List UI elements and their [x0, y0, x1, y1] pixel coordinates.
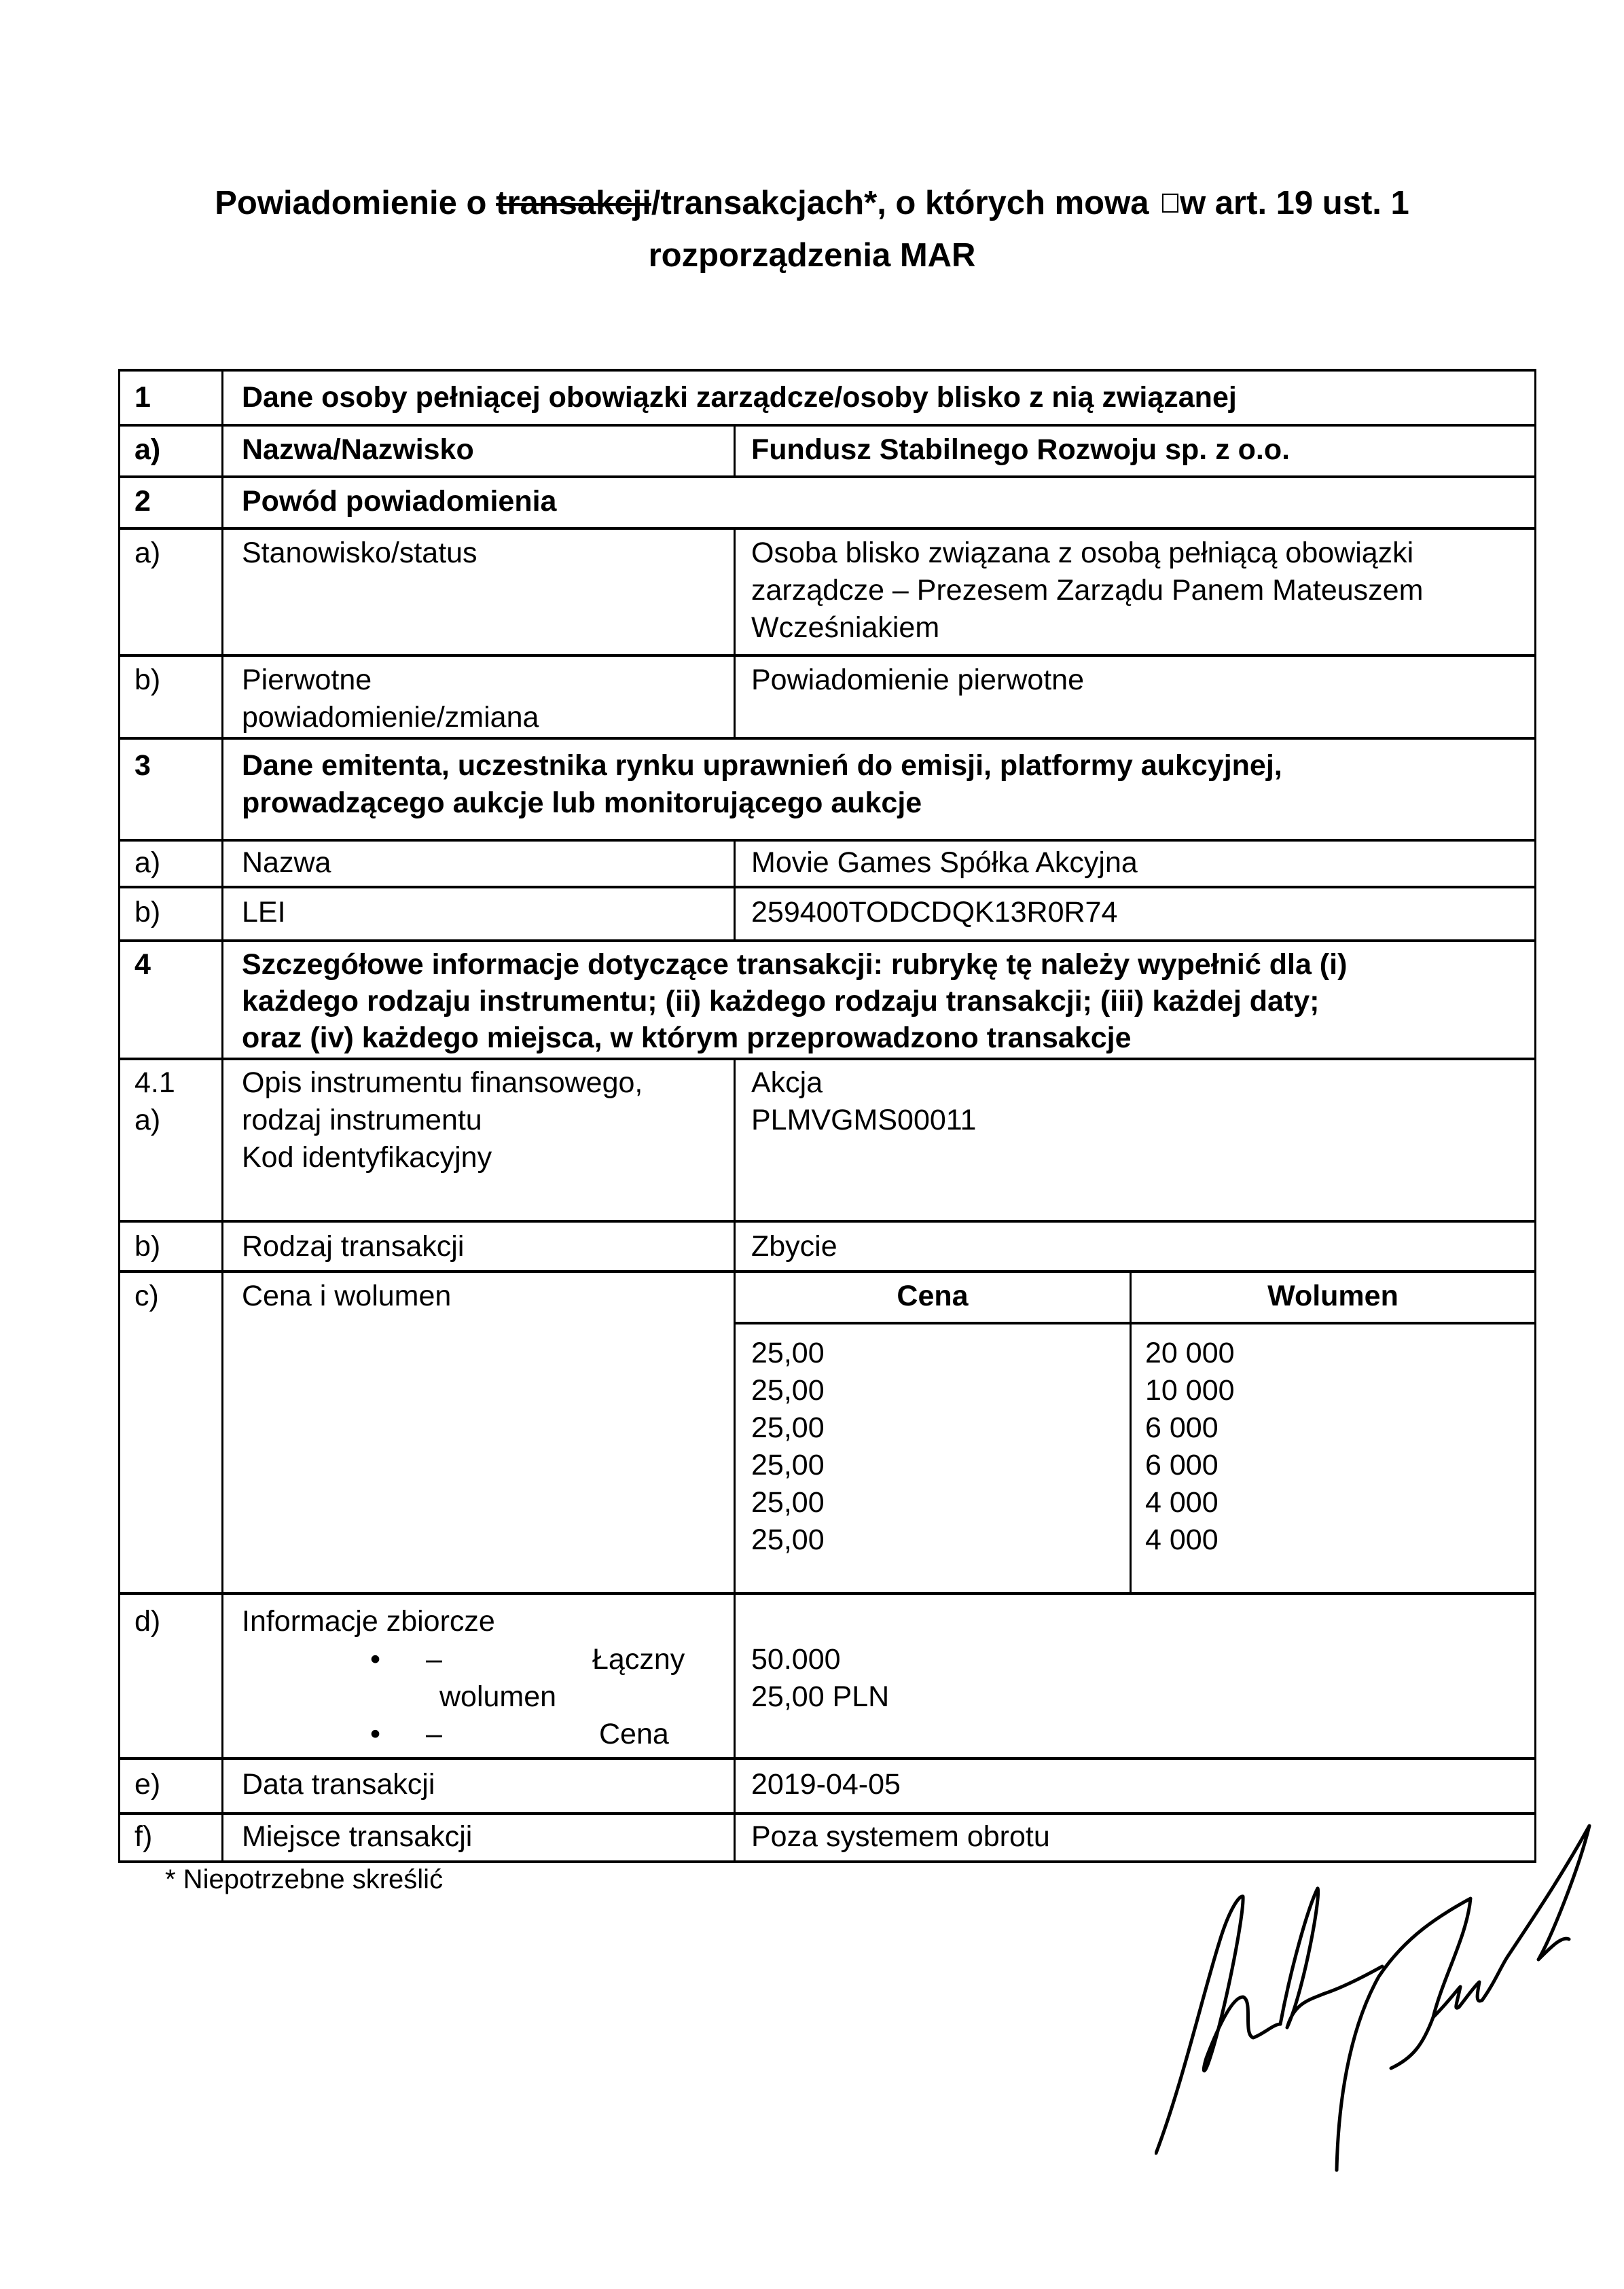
section-2a-number: a) [134, 535, 160, 572]
section-4c-number: c) [134, 1278, 159, 1315]
name-label: Nazwa/Nazwisko [242, 431, 474, 469]
section-3b-number: b) [134, 894, 160, 931]
signature-icon [1155, 1800, 1623, 2275]
section-3a-number: a) [134, 844, 160, 882]
section-1a-number: a) [134, 431, 160, 469]
section-2b-number: b) [134, 662, 160, 699]
name-value: Fundusz Stabilnego Rozwoju sp. z o.o. [751, 431, 1290, 469]
section-4-number: 4 [134, 946, 151, 984]
issuer-name-value: Movie Games Spółka Akcyjna [751, 844, 1138, 882]
volume-cell: 4 000 [1145, 1521, 1219, 1559]
transaction-type-label: Rodzaj transakcji [242, 1228, 464, 1265]
bullet-icon: • [370, 1716, 380, 1753]
title-suffix: w art. 19 ust. 1 [1180, 185, 1409, 221]
price-cell: 25,00 [751, 1372, 825, 1409]
volume-cell: 6 000 [1145, 1409, 1219, 1447]
lei-label: LEI [242, 894, 286, 931]
transaction-date-label: Data transakcji [242, 1766, 435, 1803]
section-1-label: Dane osoby pełniącej obowiązki zarządcze… [242, 379, 1237, 416]
position-status-value-line2: zarządcze – Prezesem Zarządu Panem Mateu… [751, 572, 1423, 609]
section-3-number: 3 [134, 747, 151, 785]
section-41-number: 4.1 [134, 1064, 175, 1102]
dash-glyph: – [426, 1716, 442, 1753]
position-status-value-line1: Osoba blisko związana z osobą pełniącą o… [751, 535, 1413, 572]
section-4d-number: d) [134, 1603, 160, 1640]
price-cell: 25,00 [751, 1335, 825, 1372]
dash-glyph: – [426, 1641, 442, 1678]
aggregated-volume-label-a: Łączny [592, 1641, 685, 1678]
volume-cell: 6 000 [1145, 1447, 1219, 1484]
document-title-line2: rozporządzenia MAR [0, 239, 1624, 272]
title-struck-word: transakcji [496, 185, 651, 221]
volume-cell: 10 000 [1145, 1372, 1235, 1409]
aggregated-price-label: Cena [599, 1716, 669, 1753]
instrument-label-line3: Kod identyfikacyjny [242, 1139, 492, 1176]
lei-value: 259400TODCDQK13R0R74 [751, 894, 1117, 931]
transaction-place-label: Miejsce transakcji [242, 1818, 472, 1856]
notification-type-label-line2: powiadomienie/zmiana [242, 699, 539, 736]
volume-column-header: Wolumen [1132, 1278, 1534, 1315]
transaction-place-value: Poza systemem obrotu [751, 1818, 1050, 1856]
section-4e-number: e) [134, 1766, 160, 1803]
section-4-label-line3: oraz (iv) każdego miejsca, w którym prze… [242, 1020, 1132, 1057]
price-cell: 25,00 [751, 1447, 825, 1484]
transaction-date-value: 2019-04-05 [751, 1766, 901, 1803]
price-column-header: Cena [736, 1278, 1130, 1315]
instrument-label-line1: Opis instrumentu finansowego, [242, 1064, 643, 1102]
aggregated-volume-value: 50.000 [751, 1641, 841, 1678]
price-cell: 25,00 [751, 1409, 825, 1447]
transaction-type-value: Zbycie [751, 1228, 837, 1265]
document-title: Powiadomienie o transakcji/transakcjach*… [0, 187, 1624, 220]
issuer-name-label: Nazwa [242, 844, 331, 882]
position-status-label: Stanowisko/status [242, 535, 477, 572]
section-3-label-line2: prowadzącego aukcje lub monitorującego a… [242, 785, 922, 822]
instrument-label-line2: rodzaj instrumentu [242, 1102, 482, 1139]
title-prefix: Powiadomienie o [215, 185, 496, 221]
volume-cell: 20 000 [1145, 1335, 1235, 1372]
aggregated-volume-label-b: wolumen [439, 1678, 556, 1716]
price-cell: 25,00 [751, 1521, 825, 1559]
section-4b-number: b) [134, 1228, 160, 1265]
aggregated-info-label: Informacje zbiorcze [242, 1603, 495, 1640]
volume-cell: 4 000 [1145, 1484, 1219, 1521]
position-status-value-line3: Wcześniakiem [751, 609, 939, 647]
footnote: * Niepotrzebne skreślić [165, 1864, 443, 1895]
section-2-label: Powód powiadomienia [242, 483, 556, 520]
title-middle: /transakcjach*, o których mowa [651, 185, 1158, 221]
price-volume-label: Cena i wolumen [242, 1278, 451, 1315]
section-4f-number: f) [134, 1818, 152, 1856]
section-1-number: 1 [134, 379, 151, 416]
instrument-code-value: PLMVGMS00011 [751, 1102, 976, 1139]
section-3-label-line1: Dane emitenta, uczestnika rynku uprawnie… [242, 747, 1282, 785]
checkbox-glyph-icon [1162, 194, 1178, 213]
section-2-number: 2 [134, 483, 151, 520]
section-41a-letter: a) [134, 1102, 160, 1139]
instrument-type-value: Akcja [751, 1064, 823, 1102]
bullet-icon: • [370, 1641, 380, 1678]
notification-type-value: Powiadomienie pierwotne [751, 662, 1084, 699]
section-4-label-line1: Szczegółowe informacje dotyczące transak… [242, 946, 1347, 984]
notification-type-label-line1: Pierwotne [242, 662, 372, 699]
aggregated-price-value: 25,00 PLN [751, 1678, 889, 1716]
price-cell: 25,00 [751, 1484, 825, 1521]
section-4-label-line2: każdego rodzaju instrumentu; (ii) każdeg… [242, 983, 1319, 1020]
